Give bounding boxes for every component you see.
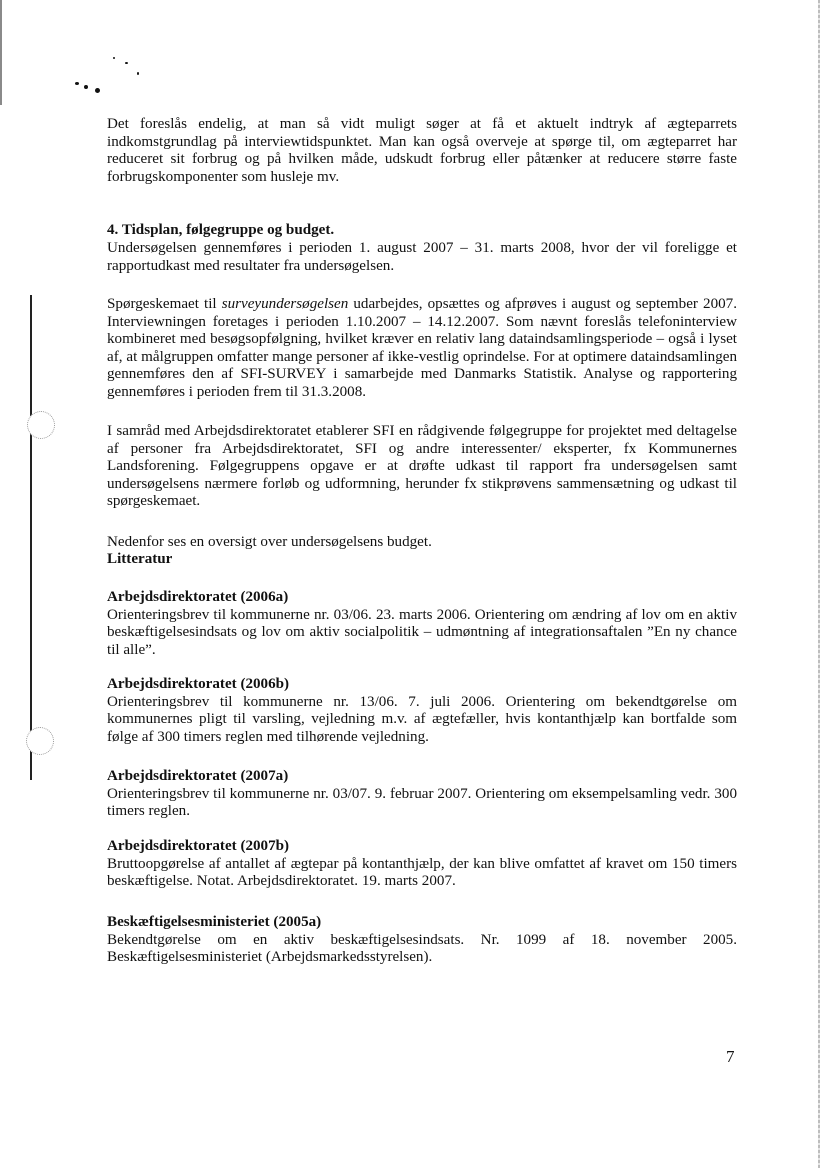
reference-author: Arbejdsdirektoratet (2007a) [107,768,737,786]
timeline-paragraph: Undersøgelsen gennemføres i perioden 1. … [107,240,737,275]
binder-line [30,295,32,780]
reference-text: Orienteringsbrev til kommunerne nr. 13/0… [107,694,737,747]
reference-entry: Arbejdsdirektoratet (2007a) Orienterings… [107,768,737,821]
reference-author: Arbejdsdirektoratet (2007b) [107,838,737,856]
scanned-page: Det foreslås endelig, at man så vidt mul… [0,0,825,1168]
scan-edge-right [818,0,820,1168]
scan-speck [75,82,79,85]
budget-intro: Nedenfor ses en oversigt over undersøgel… [107,534,737,552]
section-heading: 4. Tidsplan, følgegruppe og budget. [107,222,737,240]
advisory-group-paragraph: I samråd med Arbejdsdirektoratet etabler… [107,423,737,511]
reference-author: Arbejdsdirektoratet (2006a) [107,589,737,607]
scan-speck [113,57,115,59]
scan-edge-left [0,0,2,105]
punch-hole-icon [27,411,55,439]
reference-entry: Arbejdsdirektoratet (2007b) Bruttoopgøre… [107,838,737,891]
intro-paragraph: Det foreslås endelig, at man så vidt mul… [107,116,737,186]
scan-speck [137,72,139,75]
punch-hole-icon [26,727,54,755]
paragraph-text: Spørgeskemaet til [107,296,222,312]
questionnaire-paragraph: Spørgeskemaet til surveyundersøgelsen ud… [107,296,737,401]
reference-text: Bekendtgørelse om en aktiv beskæftigelse… [107,932,737,967]
italic-term: surveyundersøgelsen [222,296,349,312]
reference-author: Arbejdsdirektoratet (2006b) [107,676,737,694]
scan-speck [95,88,100,93]
page-number: 7 [726,1047,735,1067]
reference-text: Orienteringsbrev til kommunerne nr. 03/0… [107,786,737,821]
scan-speck [84,85,88,89]
reference-text: Orienteringsbrev til kommunerne nr. 03/0… [107,607,737,660]
literature-heading: Litteratur [107,551,737,569]
reference-author: Beskæftigelsesministeriet (2005a) [107,914,737,932]
reference-entry: Beskæftigelsesministeriet (2005a) Bekend… [107,914,737,967]
reference-entry: Arbejdsdirektoratet (2006b) Orienterings… [107,676,737,746]
reference-entry: Arbejdsdirektoratet (2006a) Orienterings… [107,589,737,659]
scan-speck [125,62,128,64]
reference-text: Bruttoopgørelse af antallet af ægtepar p… [107,856,737,891]
